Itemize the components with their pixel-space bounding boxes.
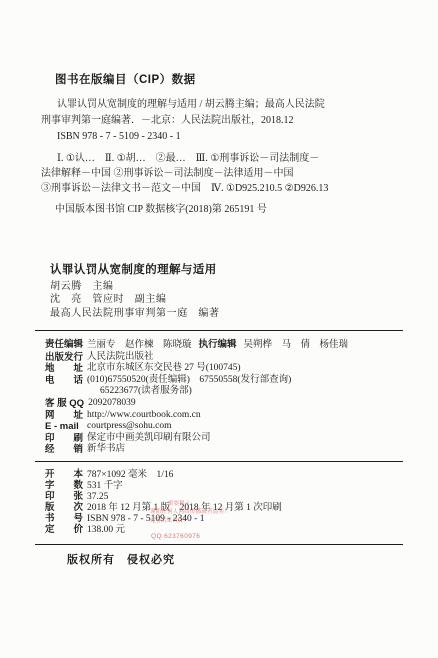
row-distributor: 经 销 新华书店	[45, 444, 405, 456]
cip-class-line2: 法律解释－中国 ②刑事诉讼－司法制度－法律适用－中国	[41, 166, 403, 181]
book-title: 认罪认罚从宽制度的理解与适用	[50, 263, 390, 277]
chief-editor-line: 胡云腾 主编	[50, 280, 390, 293]
author-line: 最高人民法院刑事审判第一庭 编著	[50, 307, 390, 320]
cip-class-line3: ③刑事诉讼－法律文书－范文－中国 Ⅳ. ①D925.210.5 ②D926.13	[41, 181, 403, 196]
row-label: E - mail	[45, 421, 83, 433]
cip-class-line1: Ⅰ. ①认… Ⅱ. ①胡… ②最… Ⅲ. ①刑事诉讼－司法制度－	[41, 151, 403, 166]
row-label: 书 号	[45, 514, 83, 525]
row-value: 兰丽专 赵作楝 陈晓璇执行编辑吴朔桦 马 倩 杨佳瑞	[87, 339, 348, 352]
copyright-notice: 版权所有 侵权必究	[67, 551, 175, 567]
row-value: 787×1092 毫米 1/16	[87, 470, 173, 481]
cip-classification: Ⅰ. ①认… Ⅱ. ①胡… ②最… Ⅲ. ①刑事诉讼－司法制度－ 法律解释－中国…	[41, 151, 403, 196]
row-label: 出版发行	[45, 352, 83, 364]
row-phone: 电 话 (010)67550520(责任编辑) 67550558(发行部查询)	[45, 375, 405, 387]
executive-editor-label: 执行编辑	[199, 339, 237, 350]
cip-record-number: 中国版本图书馆 CIP 数据核字(2018)第 265191 号	[41, 202, 403, 218]
row-isbn: 书 号 ISBN 978 - 7 - 5109 - 2340 - 1	[45, 514, 405, 525]
row-email: E - mail courtpress@sohu.com	[45, 421, 405, 433]
row-value: 人民法院出版社	[87, 352, 154, 364]
row-responsible-editors: 责任编辑 兰丽专 赵作楝 陈晓璇执行编辑吴朔桦 马 倩 杨佳瑞	[45, 339, 405, 352]
row-label: 客 服 QQ	[45, 398, 84, 410]
row-value: 531 千字	[87, 481, 123, 492]
row-label: 地 址	[45, 363, 83, 375]
divider-middle	[35, 461, 403, 462]
row-value: 新华书店	[87, 444, 125, 456]
cip-isbn-line: ISBN 978 - 7 - 5109 - 2340 - 1	[41, 129, 403, 145]
row-label	[45, 386, 83, 398]
row-label: 版 次	[45, 503, 83, 514]
row-value: 37.25	[87, 492, 108, 503]
row-label: 责任编辑	[45, 339, 83, 352]
divider-top	[35, 330, 403, 331]
row-edition: 版 次 2018 年 12 月第 1 版 2018 年 12 月第 1 次印刷	[45, 503, 405, 514]
responsible-editor-names: 兰丽专 赵作楝 陈晓璇	[87, 340, 192, 350]
executive-editor-names: 吴朔桦 马 倩 杨佳瑞	[244, 340, 349, 350]
row-label: 网 址	[45, 410, 83, 422]
cip-heading: 图书在版编目（CIP）数据	[55, 74, 403, 87]
row-label: 印 刷	[45, 433, 83, 445]
copyright-page: 图书在版编目（CIP）数据 认罪认罚从宽制度的理解与适用 / 胡云腾主编；最高人…	[0, 0, 438, 658]
deputy-editor-line: 沈 亮 管应时 副主编	[50, 293, 390, 306]
cip-paragraph-line2: 刑事审判第一庭编著．－北京：人民法院出版社，2018.12	[41, 113, 403, 129]
row-value: 北京市东城区东交民巷 27 号(100745)	[87, 363, 241, 375]
publisher-info: 责任编辑 兰丽专 赵作楝 陈晓璇执行编辑吴朔桦 马 倩 杨佳瑞 出版发行 人民法…	[45, 339, 405, 456]
row-sheets: 印 张 37.25	[45, 492, 405, 503]
row-value: 2018 年 12 月第 1 版 2018 年 12 月第 1 次印刷	[87, 503, 282, 514]
row-printer: 印 刷 保定市中画美凯印刷有限公司	[45, 433, 405, 445]
row-publisher: 出版发行 人民法院出版社	[45, 352, 405, 364]
row-value: 65223677(读者服务部)	[87, 386, 192, 398]
row-address: 地 址 北京市东城区东交民巷 27 号(100745)	[45, 363, 405, 375]
row-value: http://www.courtbook.com.cn	[87, 410, 201, 422]
cip-section: 图书在版编目（CIP）数据 认罪认罚从宽制度的理解与适用 / 胡云腾主编；最高人…	[41, 74, 403, 217]
row-value: courtpress@sohu.com	[87, 421, 171, 433]
title-block: 认罪认罚从宽制度的理解与适用 胡云腾 主编 沈 亮 管应时 副主编 最高人民法院…	[50, 263, 390, 320]
row-value: 138.00 元	[87, 525, 125, 536]
row-phone-continued: 65223677(读者服务部)	[45, 386, 405, 398]
cip-paragraph-line1: 认罪认罚从宽制度的理解与适用 / 胡云腾主编；最高人民法院	[41, 97, 403, 113]
row-website: 网 址 http://www.courtbook.com.cn	[45, 410, 405, 422]
row-service-qq: 客 服 QQ 2092078039	[45, 398, 405, 410]
row-format: 开 本 787×1092 毫米 1/16	[45, 470, 405, 481]
row-word-count: 字 数 531 千字	[45, 481, 405, 492]
row-value: ISBN 978 - 7 - 5109 - 2340 - 1	[87, 514, 204, 525]
row-value: (010)67550520(责任编辑) 67550558(发行部查询)	[87, 375, 291, 387]
row-price: 定 价 138.00 元	[45, 525, 405, 536]
print-specs: 开 本 787×1092 毫米 1/16 字 数 531 千字 印 张 37.2…	[45, 470, 405, 535]
row-label: 定 价	[45, 525, 83, 536]
row-label: 电 话	[45, 375, 83, 387]
row-value: 保定市中画美凯印刷有限公司	[87, 433, 211, 445]
row-value: 2092078039	[88, 398, 136, 410]
row-label: 经 销	[45, 444, 83, 456]
divider-bottom	[35, 544, 403, 545]
